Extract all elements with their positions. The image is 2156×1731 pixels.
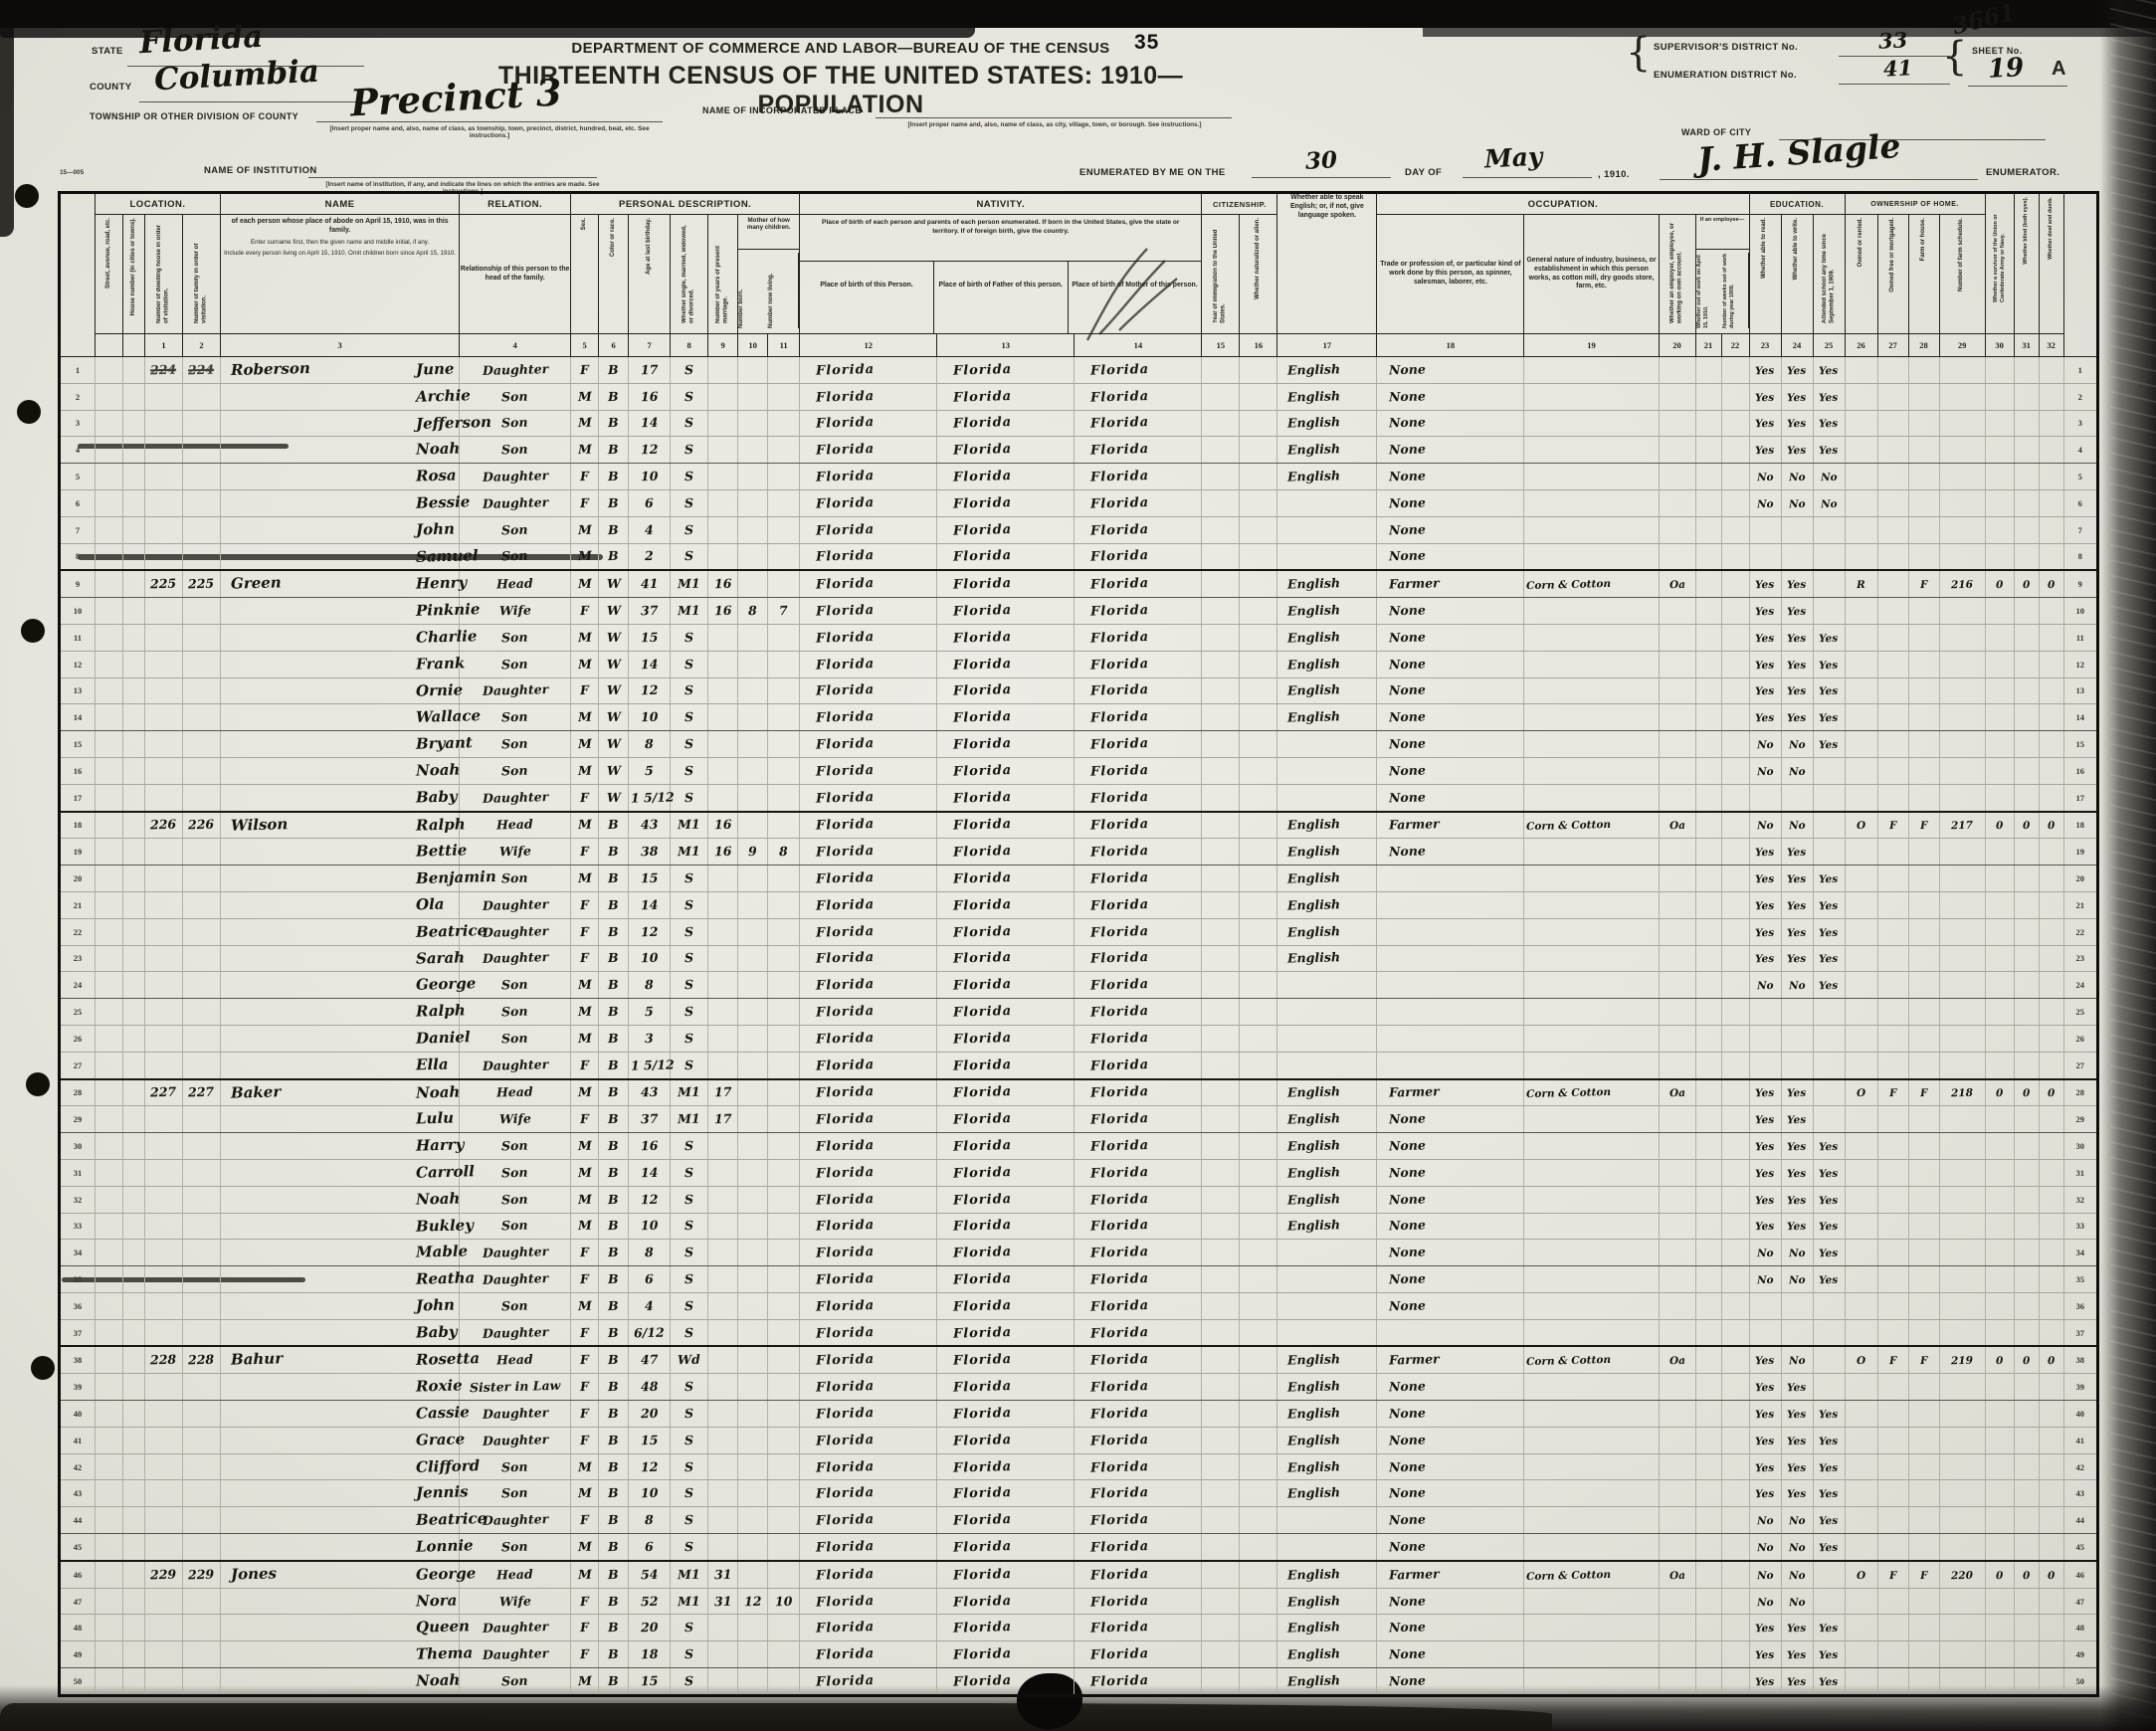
cell-sex: F — [571, 1052, 599, 1078]
col-nativity-description: Place of birth of each person and parent… — [800, 215, 1202, 334]
cell-name: Carroll — [221, 1159, 460, 1186]
cell-trade: None — [1377, 516, 1524, 543]
line-number-left: 32 — [60, 1186, 96, 1213]
cell-house-number — [123, 704, 145, 731]
cell-age: 12 — [629, 918, 671, 945]
cell-children-born — [738, 1427, 768, 1453]
cell-pob: Florida — [800, 784, 937, 811]
cell-sex: F — [571, 839, 599, 865]
cell-sex: F — [571, 1507, 599, 1534]
cell-naturalized — [1240, 624, 1277, 651]
cell-house-number — [123, 999, 145, 1026]
line-number-right: 1 — [2063, 357, 2097, 384]
cell-pob: Florida — [800, 918, 937, 945]
cell-industry — [1524, 731, 1659, 758]
cell-house-number — [123, 410, 145, 437]
cell-blind — [2014, 1453, 2039, 1480]
cell-read: Yes — [1749, 865, 1781, 892]
cell-industry: Corn & Cotton — [1524, 812, 1659, 839]
cell-farm-house — [1908, 731, 1939, 758]
cell-read: Yes — [1749, 1374, 1781, 1401]
line-number-right: 5 — [2063, 464, 2097, 490]
cell-pob: Florida — [800, 757, 937, 784]
cell-english — [1277, 1292, 1377, 1319]
cell-years-married — [708, 1266, 738, 1293]
cell-years-married — [708, 489, 738, 516]
cell-write: No — [1781, 1507, 1813, 1534]
cell-out-of-work — [1695, 598, 1721, 625]
cell-pob-mother: Florida — [1075, 1374, 1202, 1401]
enumerated-month: May — [1483, 141, 1543, 173]
cell-free-mortgaged — [1877, 489, 1908, 516]
cell-children-living — [768, 1052, 800, 1078]
cell-write: No — [1781, 1346, 1813, 1373]
cell-sex: F — [571, 891, 599, 918]
cell-owned-rented — [1845, 1133, 1877, 1160]
cell-school — [1813, 812, 1845, 839]
cell-pob-mother: Florida — [1075, 357, 1202, 384]
cell-family-number — [183, 1186, 221, 1213]
cell-dwelling-number — [145, 1106, 183, 1133]
line-number-right: 31 — [2063, 1159, 2097, 1186]
cell-industry — [1524, 543, 1659, 570]
cell-relation: Wife — [460, 839, 571, 865]
cell-years-married: 17 — [708, 1079, 738, 1106]
cell-trade: None — [1377, 731, 1524, 758]
cell-free-mortgaged — [1877, 677, 1908, 704]
cell-immigration — [1202, 1319, 1240, 1346]
cell-age: 6 — [629, 1534, 671, 1561]
line-number-right: 34 — [2063, 1240, 2097, 1266]
cell-pob-mother: Florida — [1075, 784, 1202, 811]
cell-civil-war — [1985, 383, 2014, 410]
col-weeks-out: Number of weeks out of work during year … — [1722, 253, 1749, 328]
cell-free-mortgaged — [1877, 972, 1908, 999]
cell-weeks-out — [1721, 1453, 1749, 1480]
cell-color: B — [599, 1668, 629, 1696]
col-owned-rented: Owned or rented. — [1845, 215, 1877, 334]
line-number-right: 20 — [2063, 865, 2097, 892]
cell-marital: S — [671, 464, 708, 490]
cell-marital: S — [671, 1266, 708, 1293]
cell-years-married — [708, 1480, 738, 1507]
cell-pob: Florida — [800, 1480, 937, 1507]
cell-marital: S — [671, 1615, 708, 1641]
cell-employer — [1659, 437, 1695, 464]
cell-relation: Daughter — [460, 784, 571, 811]
cell-relation: Daughter — [460, 1641, 571, 1668]
cell-color: B — [599, 1186, 629, 1213]
cell-immigration — [1202, 757, 1240, 784]
cell-trade: None — [1377, 1159, 1524, 1186]
cell-weeks-out — [1721, 1588, 1749, 1615]
cell-relation: Daughter — [460, 1615, 571, 1641]
cell-blind — [2014, 598, 2039, 625]
cell-owned-rented — [1845, 1292, 1877, 1319]
cell-out-of-work — [1695, 757, 1721, 784]
cell-english — [1277, 1025, 1377, 1052]
line-number-right: 3 — [2063, 410, 2097, 437]
cell-relation: Son — [460, 1025, 571, 1052]
cell-blind — [2014, 757, 2039, 784]
cell-sex: F — [571, 1266, 599, 1293]
cell-marital: S — [671, 651, 708, 677]
cell-age: 6 — [629, 489, 671, 516]
col-free-mortgaged: Owned free or mortgaged. — [1877, 215, 1908, 334]
cell-years-married — [708, 1240, 738, 1266]
cell-dwelling-number — [145, 1668, 183, 1696]
col-mother-children: Mother of how many children. Number born… — [738, 215, 800, 334]
cell-write: Yes — [1781, 1480, 1813, 1507]
cell-employer — [1659, 357, 1695, 384]
county-label: COUNTY — [90, 82, 132, 93]
cell-civil-war — [1985, 1453, 2014, 1480]
cell-write — [1781, 1292, 1813, 1319]
cell-pob: Florida — [800, 1025, 937, 1052]
cell-blind — [2014, 624, 2039, 651]
cell-owned-rented — [1845, 731, 1877, 758]
cell-deaf — [2039, 677, 2063, 704]
cell-relation: Son — [460, 1213, 571, 1240]
cell-color: B — [599, 1507, 629, 1534]
cell-pob: Florida — [800, 624, 937, 651]
cell-english: English — [1277, 1079, 1377, 1106]
cell-blind — [2014, 865, 2039, 892]
cell-name: Archie — [221, 383, 460, 410]
cell-children-living — [768, 918, 800, 945]
cell-marital: M1 — [671, 1561, 708, 1588]
cell-weeks-out — [1721, 598, 1749, 625]
group-title-row: LOCATION. NAME RELATION. PERSONAL DESCRI… — [60, 193, 2098, 215]
cell-name: Ralph — [221, 999, 460, 1026]
line-number-left: 13 — [60, 677, 96, 704]
cell-immigration — [1202, 1374, 1240, 1401]
cell-pob-father: Florida — [937, 1079, 1075, 1106]
cell-name: Bryant — [221, 731, 460, 758]
cell-name: Baby — [221, 784, 460, 811]
cell-children-living — [768, 677, 800, 704]
cell-naturalized — [1240, 1292, 1277, 1319]
census-row: 43 Jennis Son M B 10 S Florida Florida — [60, 1480, 2098, 1507]
cell-employer: Oa — [1659, 812, 1695, 839]
cell-house-number — [123, 1079, 145, 1106]
cell-years-married: 31 — [708, 1561, 738, 1588]
cell-street — [96, 598, 123, 625]
cell-civil-war: 0 — [1985, 812, 2014, 839]
cell-age: 16 — [629, 383, 671, 410]
cell-farm-schedule — [1939, 437, 1985, 464]
cell-write — [1781, 543, 1813, 570]
line-number-left: 41 — [60, 1427, 96, 1453]
cell-children-living — [768, 1427, 800, 1453]
cell-street — [96, 1480, 123, 1507]
cell-write: No — [1781, 731, 1813, 758]
cell-farm-schedule — [1939, 357, 1985, 384]
cell-marital: S — [671, 357, 708, 384]
line-number-left: 15 — [60, 731, 96, 758]
cell-school — [1813, 1588, 1845, 1615]
cell-pob: Florida — [800, 464, 937, 490]
cell-dwelling-number — [145, 1588, 183, 1615]
cell-school: Yes — [1813, 677, 1845, 704]
col-family-number: Number of family in order of visitation. — [183, 215, 221, 334]
cell-name: Sarah — [221, 945, 460, 972]
cell-industry — [1524, 839, 1659, 865]
cell-english: English — [1277, 1213, 1377, 1240]
cell-farm-house — [1908, 1401, 1939, 1428]
cell-naturalized — [1240, 383, 1277, 410]
cell-school: Yes — [1813, 651, 1845, 677]
cell-pob-mother: Florida — [1075, 865, 1202, 892]
cell-out-of-work — [1695, 1106, 1721, 1133]
cell-deaf — [2039, 1266, 2063, 1293]
cell-read: Yes — [1749, 839, 1781, 865]
cell-english: English — [1277, 865, 1377, 892]
cell-color: B — [599, 1641, 629, 1668]
cell-children-born — [738, 812, 768, 839]
cell-age: 17 — [629, 357, 671, 384]
cell-children-living — [768, 1668, 800, 1696]
cell-relation: Daughter — [460, 1266, 571, 1293]
cell-school: Yes — [1813, 1133, 1845, 1160]
cell-blind: 0 — [2014, 1079, 2039, 1106]
cell-children-living — [768, 999, 800, 1026]
census-row: 44 Beatrice Daughter F B 8 S Florida Flo… — [60, 1507, 2098, 1534]
line-number-right: 28 — [2063, 1079, 2097, 1106]
cell-marital: S — [671, 437, 708, 464]
cell-write: Yes — [1781, 1079, 1813, 1106]
signature-line — [1660, 179, 1978, 180]
cell-trade: None — [1377, 489, 1524, 516]
cell-pob-father: Florida — [937, 1427, 1075, 1453]
cell-age: 14 — [629, 410, 671, 437]
cell-family-number — [183, 464, 221, 490]
cell-immigration — [1202, 839, 1240, 865]
cell-children-living — [768, 784, 800, 811]
cell-civil-war — [1985, 1401, 2014, 1428]
state-label: STATE — [92, 46, 123, 57]
cell-english: English — [1277, 1186, 1377, 1213]
cell-read: Yes — [1749, 1480, 1781, 1507]
cell-weeks-out — [1721, 624, 1749, 651]
cell-owned-rented — [1845, 1668, 1877, 1696]
cell-children-living — [768, 464, 800, 490]
cell-marital: S — [671, 1133, 708, 1160]
cell-write — [1781, 1052, 1813, 1078]
cell-blind — [2014, 704, 2039, 731]
cell-age: 10 — [629, 1213, 671, 1240]
cell-house-number — [123, 489, 145, 516]
cell-years-married — [708, 677, 738, 704]
cell-pob-father: Florida — [937, 464, 1075, 490]
cell-house-number — [123, 945, 145, 972]
cell-marital: S — [671, 1534, 708, 1561]
cell-industry — [1524, 1025, 1659, 1052]
cell-age: 14 — [629, 651, 671, 677]
cell-free-mortgaged — [1877, 1480, 1908, 1507]
cell-read: Yes — [1749, 410, 1781, 437]
census-row: 18 226 226 WilsonRalph Head M B 43 M1 16… — [60, 812, 2098, 839]
col-if-employee: If an employee— Whether out of work on A… — [1695, 215, 1749, 334]
cell-house-number — [123, 784, 145, 811]
cell-trade: None — [1377, 624, 1524, 651]
cell-relation: Son — [460, 1534, 571, 1561]
cell-write: Yes — [1781, 1133, 1813, 1160]
line-number-right: 18 — [2063, 812, 2097, 839]
cell-weeks-out — [1721, 1641, 1749, 1668]
cell-civil-war — [1985, 1480, 2014, 1507]
cell-color: B — [599, 865, 629, 892]
cell-color: B — [599, 1079, 629, 1106]
cell-out-of-work — [1695, 1186, 1721, 1213]
cell-farm-schedule: 218 — [1939, 1079, 1985, 1106]
cell-years-married — [708, 1213, 738, 1240]
col-blind: Whether blind (both eyes). — [2014, 193, 2039, 334]
cell-owned-rented: O — [1845, 1346, 1877, 1373]
cell-english — [1277, 999, 1377, 1026]
hole-punch — [31, 1356, 55, 1380]
cell-dwelling-number: 226 — [145, 812, 183, 839]
cell-pob-mother: Florida — [1075, 1668, 1202, 1696]
cell-name: Ornie — [221, 677, 460, 704]
cell-farm-schedule: 216 — [1939, 570, 1985, 597]
cell-street — [96, 918, 123, 945]
cell-pob-mother: Florida — [1075, 999, 1202, 1026]
cell-children-living — [768, 1292, 800, 1319]
cell-trade — [1377, 1319, 1524, 1346]
line-number-left: 40 — [60, 1401, 96, 1428]
cell-family-number: 228 — [183, 1346, 221, 1373]
cell-farm-schedule — [1939, 1401, 1985, 1428]
cell-age: 10 — [629, 1480, 671, 1507]
cell-children-born — [738, 1319, 768, 1346]
cell-children-living — [768, 945, 800, 972]
cell-children-living — [768, 865, 800, 892]
cell-weeks-out — [1721, 651, 1749, 677]
line-number-left: 37 — [60, 1319, 96, 1346]
column-number: 23 — [1749, 334, 1781, 357]
cell-deaf — [2039, 1213, 2063, 1240]
cell-children-living — [768, 757, 800, 784]
cell-age: 48 — [629, 1374, 671, 1401]
census-row: 13 Ornie Daughter F W 12 S Florida Flori… — [60, 677, 2098, 704]
cell-pob: Florida — [800, 865, 937, 892]
cell-free-mortgaged — [1877, 1615, 1908, 1641]
column-number: 9 — [708, 334, 738, 357]
col-age: Age at last birthday. — [629, 215, 671, 334]
cell-pob-father: Florida — [937, 516, 1075, 543]
cell-civil-war — [1985, 972, 2014, 999]
cell-sex: M — [571, 865, 599, 892]
cell-deaf — [2039, 1292, 2063, 1319]
cell-marital: M1 — [671, 1079, 708, 1106]
cell-deaf — [2039, 1641, 2063, 1668]
cell-write — [1781, 1025, 1813, 1052]
census-row: 32 Noah Son M B 12 S Florida Florida — [60, 1186, 2098, 1213]
cell-write: Yes — [1781, 1159, 1813, 1186]
cell-deaf — [2039, 1159, 2063, 1186]
cell-english: English — [1277, 357, 1377, 384]
cell-owned-rented — [1845, 1374, 1877, 1401]
cell-pob-father: Florida — [937, 1668, 1075, 1696]
cell-children-living — [768, 651, 800, 677]
cell-free-mortgaged — [1877, 1025, 1908, 1052]
cell-owned-rented — [1845, 598, 1877, 625]
cell-farm-house — [1908, 437, 1939, 464]
cell-write: Yes — [1781, 677, 1813, 704]
cell-naturalized — [1240, 918, 1277, 945]
cell-out-of-work — [1695, 1213, 1721, 1240]
cell-farm-house — [1908, 865, 1939, 892]
cell-immigration — [1202, 1668, 1240, 1696]
cell-weeks-out — [1721, 1079, 1749, 1106]
line-number-left: 5 — [60, 464, 96, 490]
cell-pob: Florida — [800, 1507, 937, 1534]
cell-civil-war — [1985, 437, 2014, 464]
cell-school: Yes — [1813, 1668, 1845, 1696]
cell-deaf — [2039, 410, 2063, 437]
cell-children-living — [768, 543, 800, 570]
cell-pob: Florida — [800, 1213, 937, 1240]
cell-read — [1749, 516, 1781, 543]
cell-trade — [1377, 918, 1524, 945]
place-note: [Insert proper name and, also, name of c… — [881, 121, 1229, 128]
cell-street — [96, 1588, 123, 1615]
cell-dwelling-number — [145, 784, 183, 811]
cell-school: Yes — [1813, 437, 1845, 464]
cell-sex: M — [571, 1668, 599, 1696]
cell-read — [1749, 784, 1781, 811]
cell-age: 38 — [629, 839, 671, 865]
hole-punch — [26, 1072, 50, 1096]
cell-immigration — [1202, 1240, 1240, 1266]
cell-pob-father: Florida — [937, 543, 1075, 570]
cell-house-number — [123, 1266, 145, 1293]
cell-english: English — [1277, 1615, 1377, 1641]
cell-name: Thema — [221, 1641, 460, 1668]
cell-name: GreenHenry — [221, 570, 460, 597]
cell-naturalized — [1240, 999, 1277, 1026]
cell-employer — [1659, 1266, 1695, 1293]
cell-pob: Florida — [800, 999, 937, 1026]
enumerated-prefix: ENUMERATED BY ME ON THE — [1079, 167, 1226, 178]
cell-house-number — [123, 1213, 145, 1240]
cell-pob: Florida — [800, 437, 937, 464]
cell-blind — [2014, 1133, 2039, 1160]
cell-marital: Wd — [671, 1346, 708, 1373]
col-years-married: Number of years of present marriage. — [708, 215, 738, 334]
cell-read: Yes — [1749, 357, 1781, 384]
cell-deaf — [2039, 784, 2063, 811]
cell-house-number — [123, 570, 145, 597]
cell-name: JonesGeorge — [221, 1561, 460, 1588]
cell-color: W — [599, 570, 629, 597]
cell-pob: Florida — [800, 516, 937, 543]
cell-read: Yes — [1749, 1186, 1781, 1213]
cell-write: Yes — [1781, 1374, 1813, 1401]
cell-relation: Head — [460, 1079, 571, 1106]
cell-pob: Florida — [800, 543, 937, 570]
cell-children-born — [738, 1668, 768, 1696]
census-row: 19 Bettie Wife F B 38 M1 16 9 8 Florida … — [60, 839, 2098, 865]
cell-civil-war — [1985, 1427, 2014, 1453]
cell-deaf — [2039, 839, 2063, 865]
cell-trade: None — [1377, 1588, 1524, 1615]
cell-relation: Son — [460, 731, 571, 758]
cell-read: Yes — [1749, 437, 1781, 464]
cell-out-of-work — [1695, 999, 1721, 1026]
cell-write: Yes — [1781, 1615, 1813, 1641]
